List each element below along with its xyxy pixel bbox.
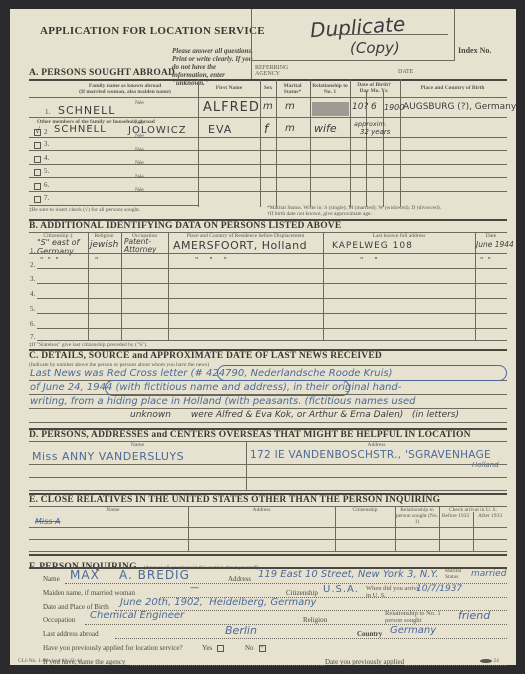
divider xyxy=(29,137,507,138)
divider xyxy=(29,464,507,465)
divider xyxy=(115,638,507,639)
nee-label: Née xyxy=(135,147,144,153)
religion-label: Religion xyxy=(303,616,327,624)
sought-first-name-1[interactable]: ALFRED xyxy=(203,100,260,115)
annotation-oval xyxy=(105,380,350,396)
helper-address-1[interactable]: 172 IE VANDENBOSCHSTR., 'SGRAVENHAGE xyxy=(250,449,491,461)
row-number: 2 xyxy=(44,128,48,136)
referring-agency-label: REFERRING AGENCY xyxy=(255,65,295,77)
divider xyxy=(29,117,507,118)
helper-address-note[interactable]: Holland xyxy=(472,461,499,469)
divider xyxy=(29,97,507,98)
sought-checkbox-2[interactable]: √ xyxy=(34,129,41,136)
inquirer-marital[interactable]: married xyxy=(471,569,506,579)
divider xyxy=(29,164,507,165)
footnote-birth: †If birth date not known, give approxima… xyxy=(267,211,372,217)
col-religion: Religion xyxy=(88,233,120,239)
country-label: Country xyxy=(357,630,382,638)
col-address: Last known full address xyxy=(323,233,475,239)
sought-checkbox-3[interactable] xyxy=(34,142,41,149)
divider xyxy=(29,490,507,491)
col-relationship: Relationship to person sought (No. 1) xyxy=(395,507,439,525)
applied-yes-checkbox[interactable] xyxy=(217,645,224,652)
sought-sex-2[interactable]: f xyxy=(264,122,268,136)
divider xyxy=(335,506,336,551)
row-number: 6. xyxy=(44,181,49,189)
divider xyxy=(29,191,507,192)
row-number: 4. xyxy=(30,290,35,298)
divider xyxy=(29,205,199,206)
divider xyxy=(323,232,324,340)
col-before-1933: Before 1933 xyxy=(439,513,472,519)
divider xyxy=(473,512,474,551)
col-name: Name xyxy=(29,507,197,513)
divider xyxy=(198,79,199,207)
section-e-heading: E. CLOSE RELATIVES IN THE UNITED STATES … xyxy=(29,495,440,505)
citizenship-label: Citizenship xyxy=(286,589,318,597)
divider xyxy=(37,268,507,269)
divider xyxy=(29,539,507,540)
col-marital: Marital Status* xyxy=(276,83,309,95)
sought-marital-1[interactable]: m xyxy=(285,101,295,112)
copy-note: (Copy) xyxy=(350,39,400,57)
divider xyxy=(251,60,455,61)
yes-label: Yes xyxy=(202,644,212,652)
sought-birth-year-1[interactable]: 1900 xyxy=(384,103,404,112)
divider xyxy=(121,232,122,340)
divider xyxy=(29,422,507,423)
divider xyxy=(251,9,252,81)
sought-checkbox-6[interactable] xyxy=(34,183,41,190)
row-number: 3. xyxy=(44,140,49,148)
maiden-label: Maiden name, if married woman xyxy=(43,589,135,597)
date-2[interactable]: " " xyxy=(480,256,491,264)
section-d-heading: D. PERSONS, ADDRESSES and CENTERS OVERSE… xyxy=(29,430,471,440)
religion-1[interactable]: jewish xyxy=(90,240,118,250)
sought-checkbox-4[interactable] xyxy=(34,156,41,163)
sought-sex-1[interactable]: m xyxy=(263,101,273,112)
nee-label: Née xyxy=(135,187,144,193)
divider xyxy=(328,34,448,35)
divider xyxy=(29,253,507,254)
inquirer-relationship[interactable]: friend xyxy=(458,609,490,622)
divider xyxy=(29,477,507,478)
relationship-label: Relationship to No. 1 person sought xyxy=(385,610,450,624)
col-date: Date xyxy=(475,233,507,239)
divider xyxy=(37,298,507,299)
form-title: APPLICATION FOR LOCATION SERVICE xyxy=(40,25,265,37)
last-address-2[interactable]: " " xyxy=(360,256,378,264)
date-1[interactable]: June 1944 xyxy=(476,240,514,249)
col-birthplace: Place and Country of Birth xyxy=(400,85,505,91)
relationship-shaded-cell xyxy=(312,102,349,116)
row-number: 2. xyxy=(30,261,35,269)
union-label: 24 xyxy=(480,658,499,664)
last-address-1[interactable]: KAPELWEG 108 xyxy=(332,241,413,251)
inquirer-dob[interactable]: June 20th, 1902, Heidelberg, Germany xyxy=(120,597,316,608)
last-address-label: Last address abroad xyxy=(43,630,99,638)
occupation-1[interactable]: Patent-Attorney xyxy=(124,238,168,254)
inquirer-address[interactable]: 119 East 10 Street, New York 3, N.Y. xyxy=(258,569,438,580)
divider xyxy=(37,313,507,314)
row-number: 5. xyxy=(44,167,49,175)
divider xyxy=(276,79,277,207)
relative-name-1[interactable]: Miss A xyxy=(35,517,60,526)
divider xyxy=(29,408,507,409)
divider xyxy=(37,328,507,329)
divider xyxy=(85,624,507,625)
duplicate-stamp: Duplicate xyxy=(309,12,406,43)
residence-1[interactable]: AMERSFOORT, Holland xyxy=(173,239,307,252)
sought-checkbox-5[interactable] xyxy=(34,169,41,176)
row-number: 5. xyxy=(30,305,35,313)
col-address: Address xyxy=(246,442,507,448)
row-number: 4. xyxy=(44,154,49,162)
applied-question: Have you previously applied for location… xyxy=(43,644,183,652)
divider xyxy=(310,79,311,207)
section-a-heading: A. PERSONS SOUGHT ABROAD xyxy=(29,68,175,78)
sought-checkbox-7[interactable] xyxy=(34,196,41,203)
divider xyxy=(260,79,261,207)
sought-age-2[interactable]: 32 years xyxy=(360,128,390,136)
union-bug-icon xyxy=(480,659,492,663)
divider xyxy=(405,665,507,666)
divider xyxy=(395,506,396,551)
name-label: Name xyxy=(43,575,60,583)
divider xyxy=(37,283,507,284)
no-label: No xyxy=(245,644,254,652)
divider xyxy=(29,177,507,178)
sought-relationship-2[interactable]: wife xyxy=(314,122,337,135)
sought-family-name-2[interactable]: SCHNELL xyxy=(54,124,107,135)
form-number: CLI-No. 1-Revised 10-23-44 xyxy=(18,658,82,664)
sought-first-name-2[interactable]: EVA xyxy=(208,123,232,136)
col-relationship: Relationship to No. 1 xyxy=(310,83,350,95)
inquirer-country[interactable]: Germany xyxy=(390,625,436,636)
row-number: 7. xyxy=(44,194,49,202)
col-dob: Date of Birth† Day Mo. Yr. xyxy=(350,82,398,94)
row-number: 6. xyxy=(30,320,35,328)
residence-2[interactable]: " " " xyxy=(195,256,227,264)
footnote-check: ‡Be sure to insert check (√) for all per… xyxy=(29,207,140,213)
divider xyxy=(37,340,507,341)
sought-marital-2[interactable]: m xyxy=(285,123,295,134)
application-form: APPLICATION FOR LOCATION SERVICE Please … xyxy=(10,9,516,665)
religion-2[interactable]: " xyxy=(95,256,98,264)
form-instructions: Please answer all questions. Print or wr… xyxy=(172,47,254,87)
citizenship-2[interactable]: " " " xyxy=(40,256,59,264)
divider xyxy=(350,79,351,207)
col-citizenship: Citizenship xyxy=(335,507,395,513)
divider xyxy=(400,79,401,207)
applied-no-checkbox[interactable]: + xyxy=(259,645,266,652)
footnote-stateless: ‡If "Stateless" give last citizenship pr… xyxy=(29,342,148,348)
col-first-name: First Name xyxy=(198,85,260,91)
divider xyxy=(454,9,455,61)
inquirer-citizenship[interactable]: U.S.A. xyxy=(323,584,359,595)
nee-label: Née xyxy=(135,100,144,106)
row-number: 7. xyxy=(30,333,35,341)
row-number: 1. xyxy=(45,108,50,116)
sought-birthplace-1[interactable]: AUGSBURG (?), Germany xyxy=(403,102,516,112)
col-family-name: Family name as known abroad (If married … xyxy=(50,83,200,95)
nee-label: Née xyxy=(135,160,144,166)
section-c-heading: C. DETAILS, SOURCE and APPROXIMATE DATE … xyxy=(29,351,382,361)
col-address: Address xyxy=(188,507,335,513)
inquirer-name[interactable]: MAX A. BREDIG xyxy=(70,568,190,582)
divider xyxy=(168,232,169,340)
divider xyxy=(130,665,325,666)
inquirer-maiden[interactable]: — xyxy=(190,583,199,593)
section-b-heading: B. ADDITIONAL IDENTIFYING DATA ON PERSON… xyxy=(29,221,341,231)
index-no-label: Index No. xyxy=(458,46,491,55)
divider xyxy=(29,551,507,552)
sought-birth-day-1[interactable]: 10? xyxy=(352,102,368,112)
last-news-line-3[interactable]: writing, from a hiding place in Holland … xyxy=(30,396,415,407)
divider xyxy=(88,232,89,340)
divider xyxy=(29,150,507,151)
divider xyxy=(29,79,507,81)
address-label: Address xyxy=(228,575,251,583)
divider xyxy=(246,441,247,490)
last-news-line-4[interactable]: unknown were Alfred & Eva Kok, or Arthur… xyxy=(130,410,459,420)
inquirer-arrival-date[interactable]: 10/7/1937 xyxy=(416,584,462,594)
occupation-label: Occupation xyxy=(43,616,75,624)
col-name: Name xyxy=(29,442,246,448)
divider xyxy=(439,506,440,551)
nee-label: Née xyxy=(135,174,144,180)
marital-label: Marital Status xyxy=(445,568,469,580)
col-sex: Sex xyxy=(260,85,276,91)
date-label: DATE xyxy=(398,69,413,75)
inquirer-occupation[interactable]: Chemical Engineer xyxy=(90,610,184,621)
helper-name-1[interactable]: Miss ANNY VANDERSLUYS xyxy=(32,450,184,463)
sought-birth-approx-2[interactable]: approxim. xyxy=(354,120,387,128)
divider xyxy=(188,506,189,551)
col-after-1933: After 1933 xyxy=(473,513,507,519)
sought-birth-month-1[interactable]: 6 xyxy=(371,102,377,112)
sought-family-name-1[interactable]: SCHNELL xyxy=(58,104,115,117)
divider xyxy=(29,527,507,528)
inquirer-last-address[interactable]: Berlin xyxy=(225,624,257,637)
nee-label: Née xyxy=(135,133,144,139)
row-number: 3. xyxy=(30,275,35,283)
date-applied-label: Date you previously applied xyxy=(325,658,404,666)
annotation-oval xyxy=(217,365,507,381)
